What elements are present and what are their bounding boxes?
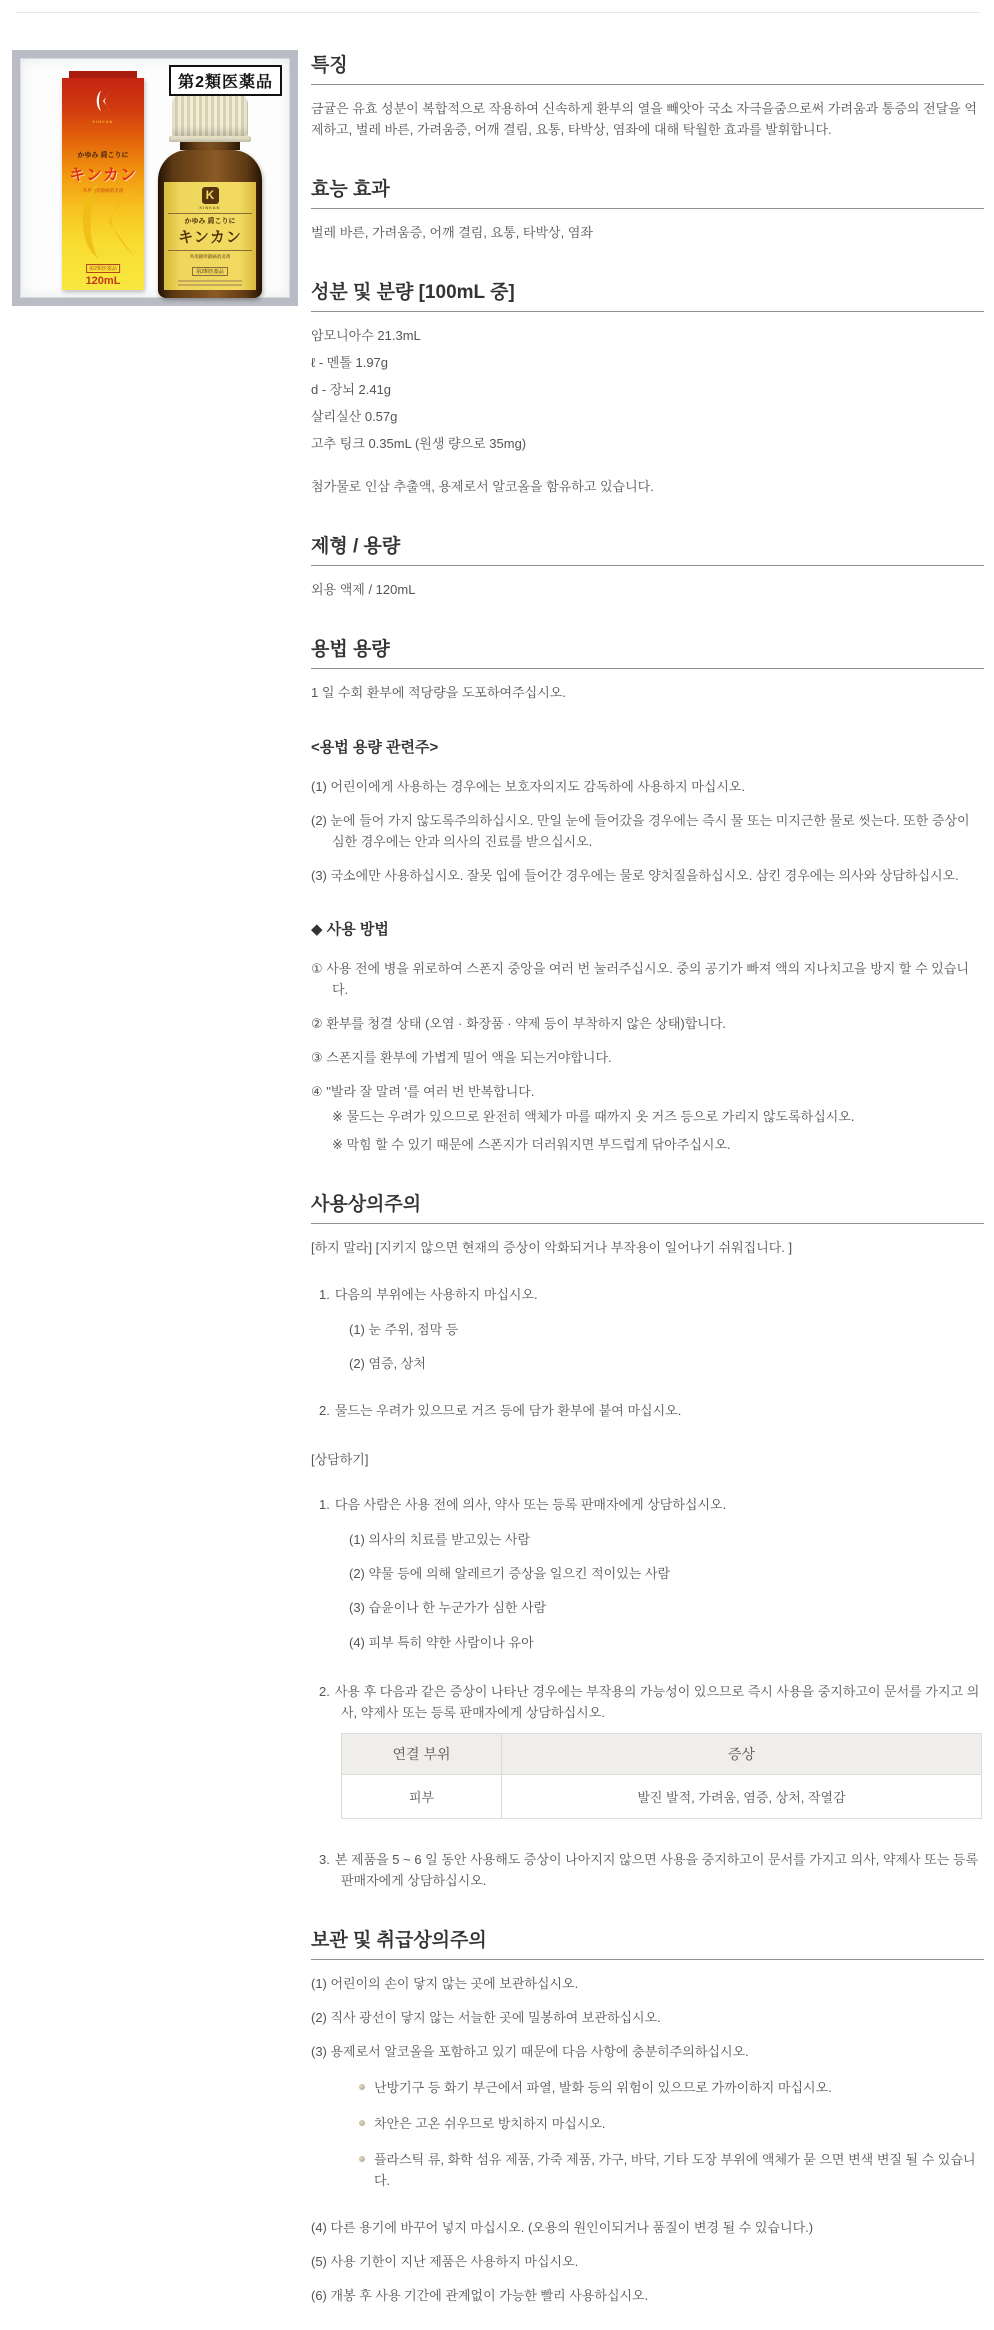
table-header-symptom: 증상 [502, 1733, 982, 1774]
section-title-features: 특징 [311, 50, 984, 85]
section-title-form: 제형 / 용량 [311, 531, 984, 566]
ingredient-item: 살리실산 0.57g [311, 406, 984, 427]
consult-text: 다음 사람은 사용 전에 의사, 약사 또는 등록 판매자에게 상담하십시오. [335, 1497, 726, 1512]
section-composition: 성분 및 분량 [100mL 중] 암모니아수 21.3mL ℓ - 멘톨 1.… [311, 277, 984, 497]
kinkan-logo-icon: K [202, 187, 219, 204]
usage-method-step: ④ "발라 잘 말려 '를 여러 번 반복합니다. [311, 1081, 984, 1102]
section-storage: 보관 및 취급상의주의 (1) 어린이의 손이 닿지 않는 곳에 보관하십시오.… [311, 1925, 984, 2306]
bottle-body: K KINKAN かゆみ 肩こりに キンカン 外用鎮痒鎮痛消炎剤 第2類医薬品 [158, 150, 262, 298]
table-row: 피부 발진 발적, 가려움, 염증, 상처, 작열감 [342, 1774, 982, 1818]
list-number: 1. [319, 1497, 330, 1512]
product-description: 특징 금귤은 유효 성분이 복합적으로 작용하여 신속하게 환부의 열을 빼앗아… [311, 50, 984, 2306]
label-subtitle: 外用鎮痒鎮痛消炎剤 [164, 254, 256, 260]
efficacy-text: 벌레 바른, 가려움증, 어깨 결림, 요통, 타박상, 염좌 [311, 222, 984, 243]
list-number: 3. [319, 1852, 330, 1867]
ingredient-item: 고추 팅크 0.35mL (원생 량으로 35mg) [311, 433, 984, 454]
label-tagline: かゆみ 肩こりに [164, 216, 256, 226]
section-title-composition: 성분 및 분량 [100mL 중] [311, 277, 984, 312]
label-divider [168, 250, 252, 251]
consult-item: 1.다음 사람은 사용 전에 의사, 약사 또는 등록 판매자에게 상담하십시오… [319, 1494, 984, 1515]
storage-item: (4) 다른 용기에 바꾸어 넣지 마십시오. (오용의 원인이되거나 품질이 … [311, 2217, 984, 2238]
section-title-storage: 보관 및 취급상의주의 [311, 1925, 984, 1960]
box-tagline: かゆみ 肩こりに [62, 150, 144, 160]
dosage-related-item: (2) 눈에 들어 가지 않도록주의하십시오. 만일 눈에 들어갔을 경우에는 … [311, 810, 984, 852]
features-text: 금귤은 유효 성분이 복합적으로 작용하여 신속하게 환부의 열을 빼앗아 국소… [311, 98, 984, 140]
label-logo-brand: KINKAN [164, 205, 256, 210]
consult-sub-item: (2) 약물 등에 의해 알레르기 증상을 일으킨 적이있는 사람 [349, 1563, 984, 1584]
bottle-cap [172, 94, 248, 136]
fine-print-line [178, 280, 242, 282]
page-layout: 第2類医薬品 KINKAN かゆみ 肩こりに キンカン 外用鎮痒鎮痛消炎剤 第2… [0, 13, 994, 2330]
list-number: 1. [319, 1287, 330, 1302]
consult-text: 본 제품을 5 ~ 6 일 동안 사용해도 증상이 나아지지 않으면 사용을 중… [335, 1852, 978, 1888]
list-number: 2. [319, 1684, 330, 1699]
label-class-label: 第2類医薬品 [192, 267, 228, 276]
usage-method-step: ① 사용 전에 병을 위로하여 스폰지 중앙을 여러 번 눌러주십시오. 중의 … [311, 958, 984, 1000]
usage-method-step: ③ 스폰지를 환부에 가볍게 밀어 액을 되는거야합니다. [311, 1047, 984, 1068]
section-precautions: 사용상의주의 [하지 말라] [지키지 않으면 현재의 증상이 악화되거나 부작… [311, 1189, 984, 1891]
k-watermark-icon [64, 178, 144, 264]
consult-item: 2.사용 후 다음과 같은 증상이 나타난 경우에는 부작용의 가능성이 있으므… [319, 1681, 984, 1723]
section-title-dosage: 용법 용량 [311, 634, 984, 669]
product-image: 第2類医薬品 KINKAN かゆみ 肩こりに キンカン 外用鎮痒鎮痛消炎剤 第2… [12, 50, 298, 306]
storage-item: (2) 직사 광선이 닿지 않는 서늘한 곳에 밀봉하여 보관하십시오. [311, 2007, 984, 2028]
storage-bullet: 플라스틱 류, 화학 섬유 제품, 가죽 제품, 가구, 바닥, 기타 도장 부… [359, 2149, 984, 2191]
section-efficacy: 효능 효과 벌레 바른, 가려움증, 어깨 결림, 요통, 타박상, 염좌 [311, 174, 984, 243]
bottle-label: K KINKAN かゆみ 肩こりに キンカン 外用鎮痒鎮痛消炎剤 第2類医薬品 [164, 182, 256, 290]
precaution-warning: [하지 말라] [지키지 않으면 현재의 증상이 악화되거나 부작용이 일어나기… [311, 1237, 984, 1258]
usage-method-title: ◆ 사용 방법 [311, 918, 984, 939]
dosage-related-item: (1) 어린이에게 사용하는 경우에는 보호자의지도 감독하에 사용하지 마십시… [311, 776, 984, 797]
consult-item: 3.본 제품을 5 ~ 6 일 동안 사용해도 증상이 나아지지 않으면 사용을… [319, 1849, 984, 1891]
consult-sub-item: (1) 의사의 치료를 받고있는 사람 [349, 1529, 984, 1550]
dont-item: 2.물드는 우려가 있으므로 거즈 등에 담가 환부에 붙여 마십시오. [319, 1400, 984, 1421]
consult-sub-item: (4) 피부 특히 약한 사람이나 유아 [349, 1632, 984, 1653]
section-form: 제형 / 용량 외용 액제 / 120mL [311, 531, 984, 600]
ingredient-item: 암모니아수 21.3mL [311, 325, 984, 346]
dont-sub-item: (2) 염증, 상처 [349, 1353, 984, 1374]
dont-text: 물드는 우려가 있으므로 거즈 등에 담가 환부에 붙여 마십시오. [335, 1403, 681, 1418]
section-dosage: 용법 용량 1 일 수회 환부에 적당량을 도포하여주십시오. <용법 용량 관… [311, 634, 984, 1155]
composition-note: 첨가물로 인삼 추출액, 용제로서 알코올을 함유하고 있습니다. [311, 476, 984, 497]
section-title-efficacy: 효능 효과 [311, 174, 984, 209]
consult-sub-item: (3) 습윤이나 한 누군가가 심한 사람 [349, 1597, 984, 1618]
storage-item: (6) 개봉 후 사용 기간에 관계없이 가능한 빨리 사용하십시오. [311, 2285, 984, 2306]
table-cell-symptom: 발진 발적, 가려움, 염증, 상처, 작열감 [502, 1774, 982, 1818]
symptom-table: 연결 부위 증상 피부 발진 발적, 가려움, 염증, 상처, 작열감 [341, 1733, 982, 1819]
bottle-neck [180, 142, 240, 150]
box-volume: 120mL [62, 275, 144, 287]
dont-sub-item: (1) 눈 주위, 점막 등 [349, 1319, 984, 1340]
usage-method-note: ※ 막힘 할 수 있기 때문에 스폰지가 더러워지면 부드럽게 닦아주십시오. [332, 1134, 984, 1155]
product-image-column: 第2類医薬品 KINKAN かゆみ 肩こりに キンカン 外用鎮痒鎮痛消炎剤 第2… [12, 50, 311, 306]
usage-method-step: ② 환부를 청결 상태 (오염 · 화장품 · 약제 등이 부착하지 않은 상태… [311, 1013, 984, 1034]
dosage-related-item: (3) 국소에만 사용하십시오. 잘못 입에 들어간 경우에는 물로 양치질을하… [311, 865, 984, 886]
dont-text: 다음의 부위에는 사용하지 마십시오. [335, 1287, 538, 1302]
form-text: 외용 액제 / 120mL [311, 579, 984, 600]
kinkan-logo-icon [91, 89, 115, 113]
bullet-icon [359, 2084, 365, 2090]
usage-method-note: ※ 물드는 우려가 있으므로 완전히 액체가 마를 때까지 옷 거즈 등으로 가… [332, 1106, 984, 1127]
ingredient-item: d - 장뇌 2.41g [311, 379, 984, 400]
storage-item: (5) 사용 기한이 지난 제품은 사용하지 마십시오. [311, 2251, 984, 2272]
storage-item: (3) 용제로서 알코올을 포함하고 있기 때문에 다음 사항에 충분히주의하십… [311, 2041, 984, 2062]
otc-class-badge: 第2類医薬品 [169, 65, 282, 96]
storage-bullet: 난방기구 등 화기 부근에서 파열, 발화 등의 위험이 있으므로 가까이하지 … [359, 2077, 984, 2098]
storage-item: (1) 어린이의 손이 닿지 않는 곳에 보관하십시오. [311, 1973, 984, 1994]
label-brand-name: キンカン [164, 226, 256, 247]
box-flap [69, 71, 137, 78]
table-header-row: 연결 부위 증상 [342, 1733, 982, 1774]
section-title-precautions: 사용상의주의 [311, 1189, 984, 1224]
section-features: 특징 금귤은 유효 성분이 복합적으로 작용하여 신속하게 환부의 열을 빼앗아… [311, 50, 984, 140]
product-box: KINKAN かゆみ 肩こりに キンカン 外用鎮痒鎮痛消炎剤 第2類医薬品 12… [62, 78, 144, 290]
product-bottle: K KINKAN かゆみ 肩こりに キンカン 外用鎮痒鎮痛消炎剤 第2類医薬品 [158, 94, 262, 298]
consult-text: 사용 후 다음과 같은 증상이 나타난 경우에는 부작용의 가능성이 있으므로 … [335, 1684, 979, 1720]
table-header-part: 연결 부위 [342, 1733, 502, 1774]
storage-bullet: 차안은 고온 쉬우므로 방치하지 마십시오. [359, 2113, 984, 2134]
list-number: 2. [319, 1403, 330, 1418]
fine-print-line [178, 284, 242, 286]
dosage-related-title: <용법 용량 관련주> [311, 736, 984, 757]
box-class-label: 第2類医薬品 [86, 264, 120, 273]
label-divider [168, 213, 252, 214]
table-cell-part: 피부 [342, 1774, 502, 1818]
dosage-text: 1 일 수회 환부에 적당량을 도포하여주십시오. [311, 682, 984, 703]
dont-item: 1.다음의 부위에는 사용하지 마십시오. [319, 1284, 984, 1305]
consult-title: [상담하기] [311, 1449, 984, 1470]
ingredient-item: ℓ - 멘톨 1.97g [311, 352, 984, 373]
box-logo-brand: KINKAN [62, 119, 144, 124]
bullet-icon [359, 2120, 365, 2126]
bullet-icon [359, 2156, 365, 2162]
